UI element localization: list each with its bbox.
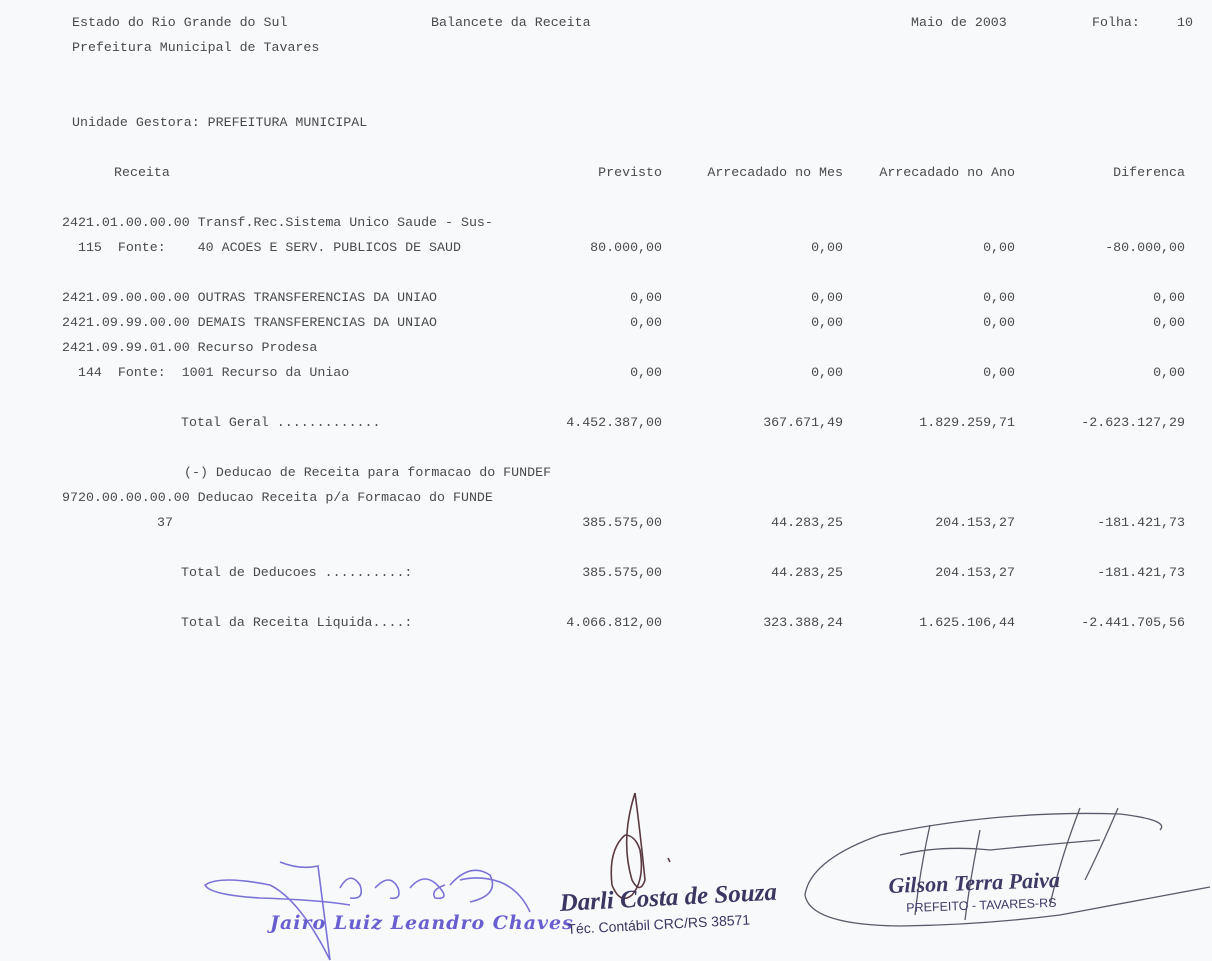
signature-scribbles (0, 0, 1212, 961)
signature-1-scribble (205, 862, 530, 960)
signature-2-scribble (611, 793, 670, 898)
signature-1-name: Jairo Luiz Leandro Chaves (270, 912, 574, 934)
